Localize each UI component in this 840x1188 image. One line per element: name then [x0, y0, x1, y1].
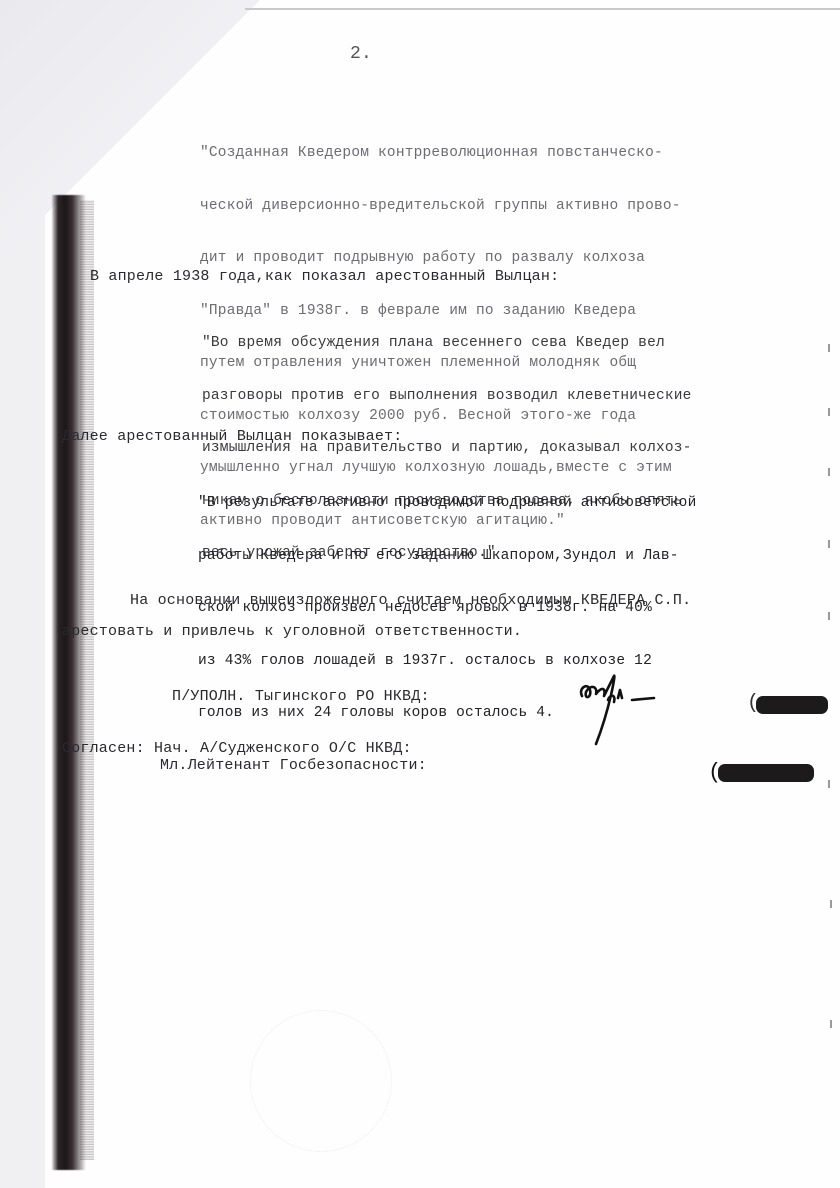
scanned-document-page: 2. "Созданная Кведером контрреволюционна…: [0, 0, 840, 1188]
conclusion-line-2: арестовать и привлечь к уголовной ответс…: [62, 623, 522, 640]
quote-line: ческой диверсионно-вредительской группы …: [200, 198, 681, 216]
scan-artifact: [830, 900, 832, 908]
paper-edge: [245, 8, 840, 10]
scan-artifact: [828, 468, 830, 476]
quote-line: дит и проводит подрывную работу по разва…: [200, 250, 681, 268]
quote-line: "В результате активно проводимой подрывн…: [198, 495, 696, 513]
testimony-intro-2: Далее арестованный Вылцан показывает:: [62, 428, 402, 446]
quote-line: работы Кведера и по его заданию Шкапором…: [198, 548, 696, 566]
page-number: 2.: [350, 44, 372, 64]
binding-speckle: [80, 200, 94, 1160]
scan-artifact: [828, 780, 830, 788]
conclusion-line-1: На основании вышеизложенного считаем нео…: [130, 592, 691, 609]
scan-artifact: [828, 344, 830, 352]
scan-artifact: [828, 612, 830, 620]
testimony-intro-1: В апреле 1938 года,как показал арестован…: [90, 268, 559, 286]
signer-1-title: П/УПОЛН. Тыгинского РО НКВД:: [172, 688, 430, 705]
scan-artifact: [828, 540, 830, 548]
scan-artifact: [828, 408, 830, 416]
redacted-signer-1-name: [756, 696, 828, 714]
signer-2-rank: Мл.Лейтенант Госбезопасности:: [160, 757, 427, 774]
quote-line: "Созданная Кведером контрреволюционная п…: [200, 145, 681, 163]
quote-line: разговоры против его выполнения возводил…: [202, 388, 692, 406]
handwritten-signature: [574, 668, 664, 748]
quote-line: "Во время обсуждения плана весеннего сев…: [202, 335, 692, 353]
faint-stamp-impression: [250, 1010, 392, 1152]
scan-artifact: [830, 1020, 832, 1028]
approval-line: Согласен: Нач. А/Судженского О/С НКВД:: [62, 740, 412, 757]
redacted-signer-2-name: [718, 764, 814, 782]
